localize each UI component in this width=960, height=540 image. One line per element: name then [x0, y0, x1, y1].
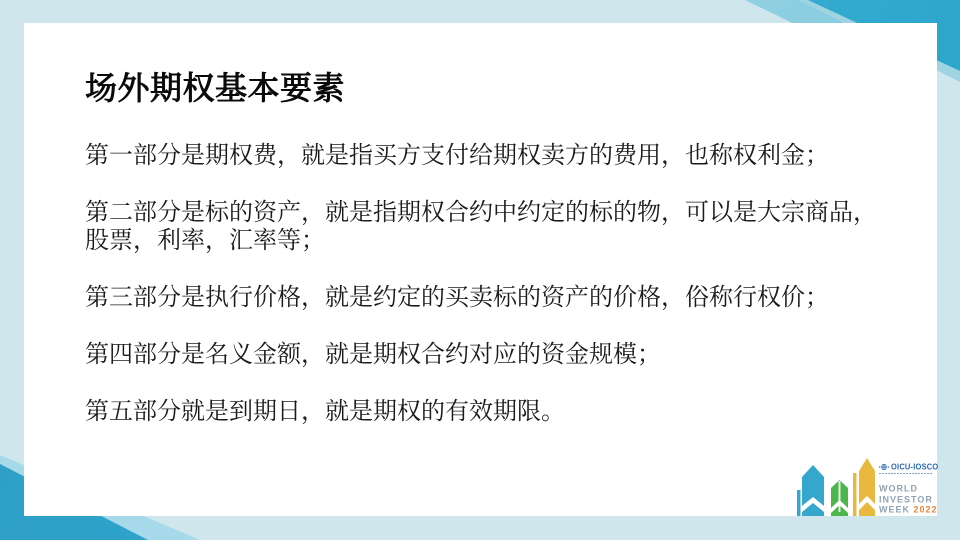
iosco-org-row: OICU-IOSCO	[879, 462, 939, 471]
wiw-wordmark: WORLD INVESTOR WEEK 2022	[879, 483, 939, 515]
slide-body: 第一部分是期权费，就是指买方支付给期权卖方的费用，也称权利金； 第二部分是标的资…	[85, 142, 903, 455]
slide-canvas: 场外期权基本要素 第一部分是期权费，就是指买方支付给期权卖方的费用，也称权利金；…	[0, 0, 960, 540]
iosco-microtext-line	[879, 473, 933, 475]
wiw-year: 2022	[914, 504, 938, 515]
paragraph-2-line-1: 第二部分是标的资产，就是指期权合约中约定的标的物，可以是大宗商品，	[85, 199, 903, 227]
paragraph-1: 第一部分是期权费，就是指买方支付给期权卖方的费用，也称权利金；	[85, 142, 903, 170]
paragraph-4: 第四部分是名义金额，就是期权合约对应的资金规模；	[85, 341, 903, 369]
iosco-org-name: OICU-IOSCO	[891, 461, 938, 471]
paragraph-5: 第五部分就是到期日，就是期权的有效期限。	[85, 398, 903, 426]
pencil-arrows-icon	[795, 456, 877, 518]
logo-text-block: OICU-IOSCO WORLD INVESTOR WEEK 2022	[879, 462, 939, 515]
wiw-week-label: WEEK	[879, 504, 914, 515]
wiw-word-investor: INVESTOR	[879, 494, 939, 505]
paragraph-2: 第二部分是标的资产，就是指期权合约中约定的标的物，可以是大宗商品， 股票，利率，…	[85, 199, 903, 255]
iosco-globe-icon	[879, 463, 889, 471]
wiw-word-world: WORLD	[879, 483, 939, 494]
slide-card: 场外期权基本要素 第一部分是期权费，就是指买方支付给期权卖方的费用，也称权利金；…	[24, 23, 937, 516]
paragraph-3: 第三部分是执行价格，就是约定的买卖标的资产的价格，俗称行权价；	[85, 284, 903, 312]
paragraph-5-line-1: 第五部分就是到期日，就是期权的有效期限。	[85, 398, 903, 426]
world-investor-week-logo: OICU-IOSCO WORLD INVESTOR WEEK 2022	[795, 456, 940, 518]
paragraph-3-line-1: 第三部分是执行价格，就是约定的买卖标的资产的价格，俗称行权价；	[85, 284, 903, 312]
paragraph-2-line-2: 股票，利率，汇率等；	[85, 227, 903, 255]
wiw-word-week: WEEK 2022	[879, 504, 939, 515]
paragraph-4-line-1: 第四部分是名义金额，就是期权合约对应的资金规模；	[85, 341, 903, 369]
paragraph-1-line-1: 第一部分是期权费，就是指买方支付给期权卖方的费用，也称权利金；	[85, 142, 903, 170]
slide-title: 场外期权基本要素	[85, 63, 345, 109]
